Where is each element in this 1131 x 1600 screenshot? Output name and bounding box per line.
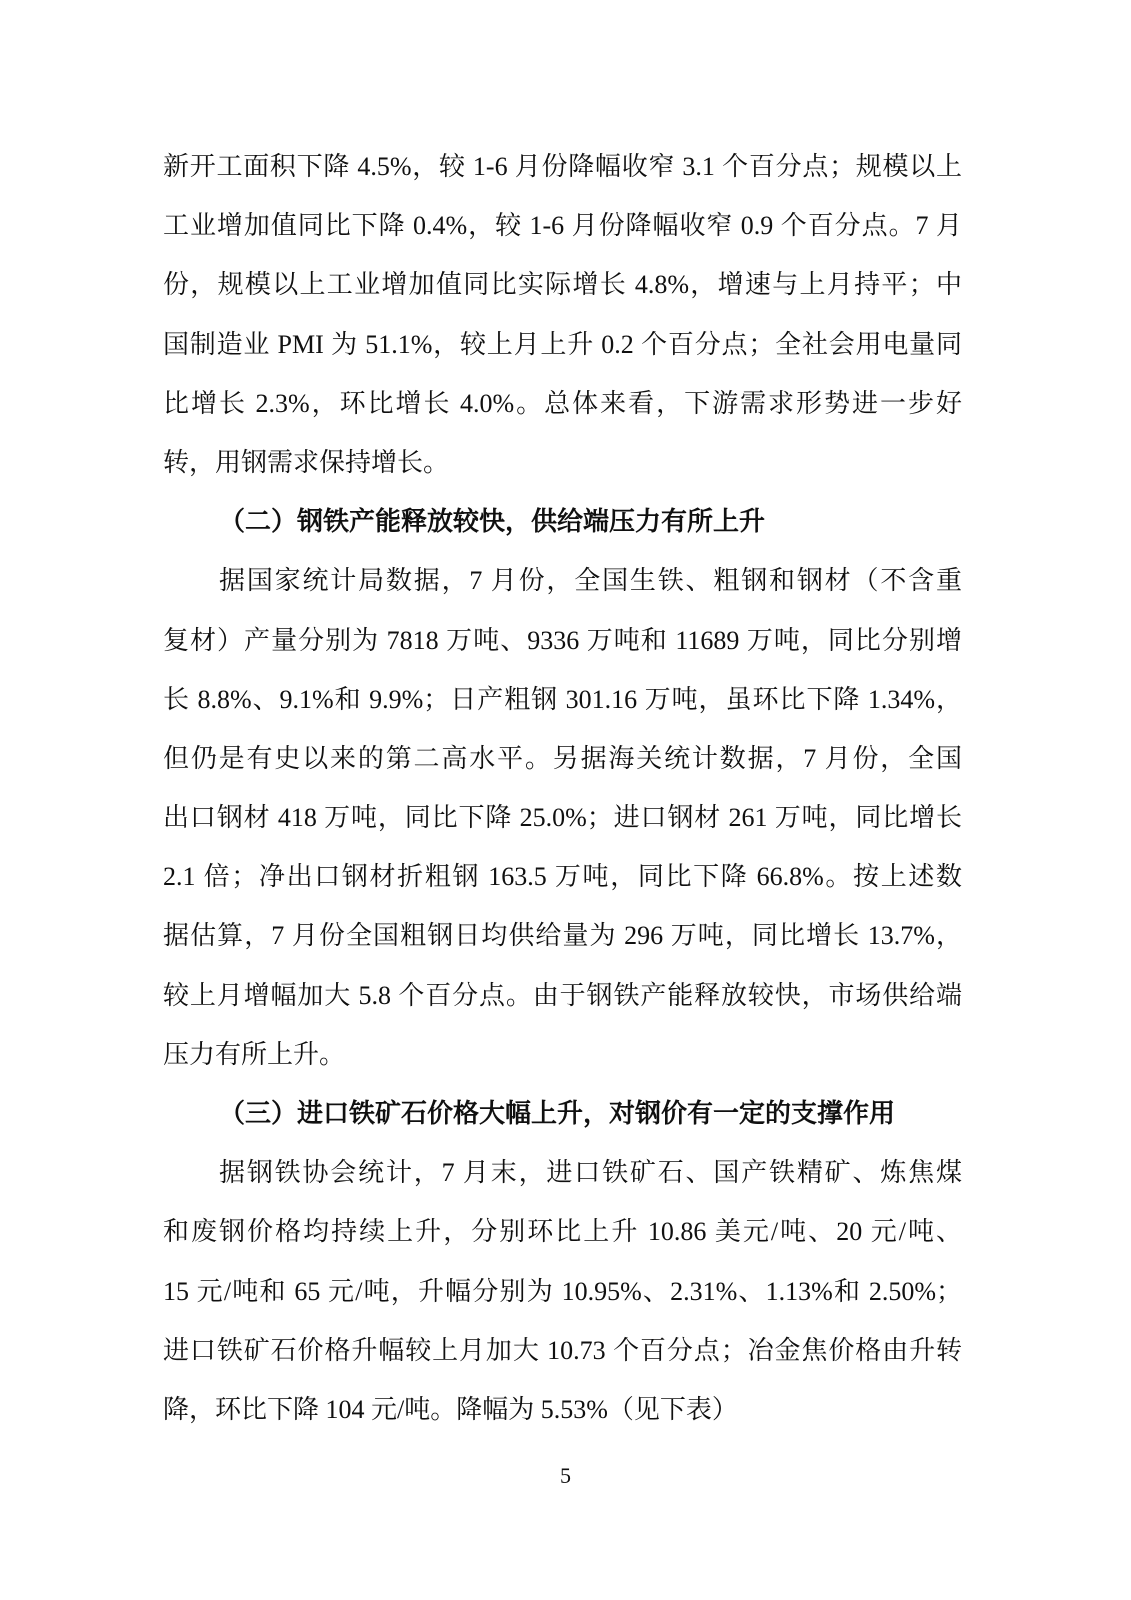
text-line: 15 元/吨和 65 元/吨，升幅分别为 10.95%、2.31%、1.13%和… bbox=[163, 1262, 962, 1321]
section-heading: （二）钢铁产能释放较快，供给端压力有所上升 bbox=[163, 492, 962, 551]
text-line: 据国家统计局数据，7 月份，全国生铁、粗钢和钢材（不含重 bbox=[163, 551, 962, 610]
document-page: 新开工面积下降 4.5%，较 1-6 月份降幅收窄 3.1 个百分点；规模以上工… bbox=[0, 0, 1131, 1600]
text-line: 国制造业 PMI 为 51.1%，较上月上升 0.2 个百分点；全社会用电量同 bbox=[163, 315, 962, 374]
text-line: 降，环比下降 104 元/吨。降幅为 5.53%（见下表） bbox=[163, 1380, 962, 1439]
text-line: 但仍是有史以来的第二高水平。另据海关统计数据，7 月份，全国 bbox=[163, 729, 962, 788]
page-number: 5 bbox=[0, 1461, 1131, 1491]
text-line: 据钢铁协会统计，7 月末，进口铁矿石、国产铁精矿、炼焦煤 bbox=[163, 1143, 962, 1202]
text-line: 进口铁矿石价格升幅较上月加大 10.73 个百分点；冶金焦价格由升转 bbox=[163, 1321, 962, 1380]
section-heading: （三）进口铁矿石价格大幅上升，对钢价有一定的支撑作用 bbox=[163, 1084, 962, 1143]
text-line: 份，规模以上工业增加值同比实际增长 4.8%，增速与上月持平；中 bbox=[163, 255, 962, 314]
text-line: 出口钢材 418 万吨，同比下降 25.0%；进口钢材 261 万吨，同比增长 bbox=[163, 788, 962, 847]
text-line: 工业增加值同比下降 0.4%，较 1-6 月份降幅收窄 0.9 个百分点。7 月 bbox=[163, 196, 962, 255]
text-line: 和废钢价格均持续上升，分别环比上升 10.86 美元/吨、20 元/吨、 bbox=[163, 1202, 962, 1261]
text-line: 复材）产量分别为 7818 万吨、9336 万吨和 11689 万吨，同比分别增 bbox=[163, 611, 962, 670]
document-body: 新开工面积下降 4.5%，较 1-6 月份降幅收窄 3.1 个百分点；规模以上工… bbox=[163, 137, 962, 1439]
text-line: 新开工面积下降 4.5%，较 1-6 月份降幅收窄 3.1 个百分点；规模以上 bbox=[163, 137, 962, 196]
text-line: 压力有所上升。 bbox=[163, 1025, 962, 1084]
text-line: 较上月增幅加大 5.8 个百分点。由于钢铁产能释放较快，市场供给端 bbox=[163, 966, 962, 1025]
text-line: 转，用钢需求保持增长。 bbox=[163, 433, 962, 492]
text-line: 据估算，7 月份全国粗钢日均供给量为 296 万吨，同比增长 13.7%， bbox=[163, 906, 962, 965]
text-line: 长 8.8%、9.1%和 9.9%；日产粗钢 301.16 万吨，虽环比下降 1… bbox=[163, 670, 962, 729]
text-line: 比增长 2.3%，环比增长 4.0%。总体来看，下游需求形势进一步好 bbox=[163, 374, 962, 433]
text-line: 2.1 倍；净出口钢材折粗钢 163.5 万吨，同比下降 66.8%。按上述数 bbox=[163, 847, 962, 906]
